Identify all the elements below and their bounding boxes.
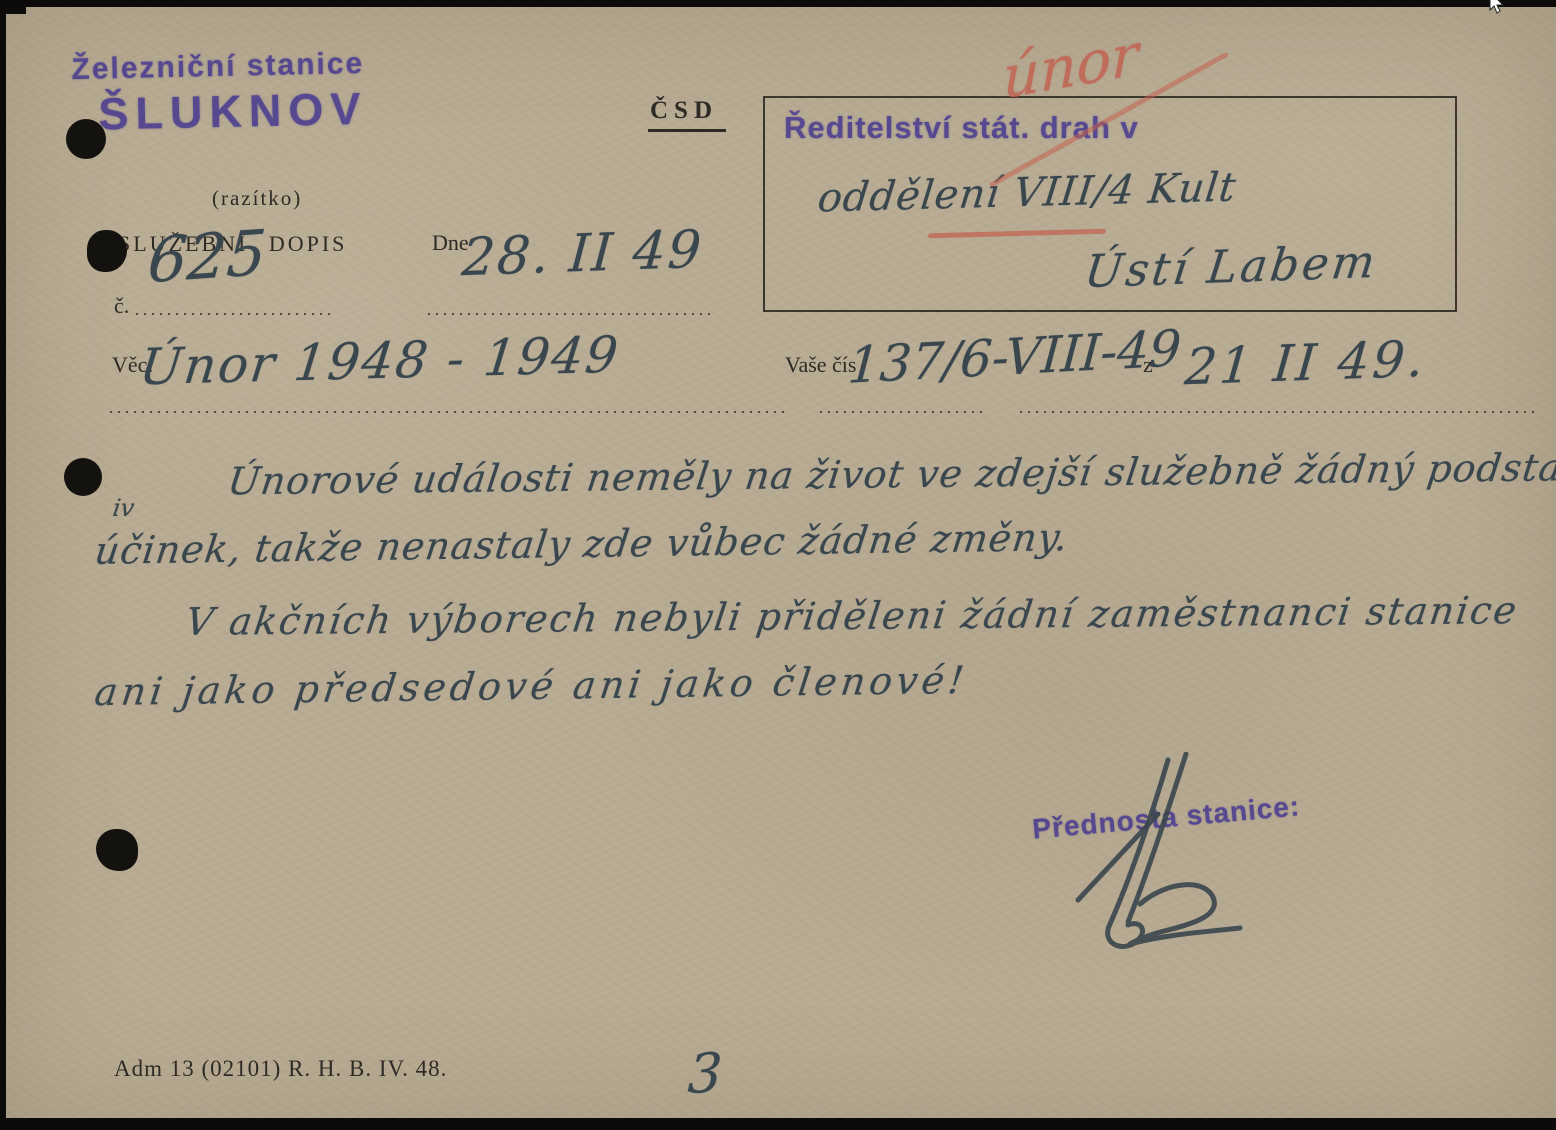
signature-scrawl-svg bbox=[1040, 752, 1300, 962]
scan-edge-bottom bbox=[0, 1118, 1556, 1130]
scan-edge-top bbox=[0, 0, 1556, 7]
body-line-2: účinek, takže nenastaly zde vůbec žádné … bbox=[92, 515, 1071, 573]
page-number-handwritten: 3 bbox=[686, 1041, 724, 1106]
station-stamp: Železniční stanice ŠLUKNOV bbox=[71, 47, 368, 141]
csd-label: ČSD bbox=[650, 97, 718, 125]
your-ref-handwritten: 137/6-VIII-49 bbox=[846, 319, 1183, 395]
ref-date-handwritten: 21 II 49. bbox=[1183, 330, 1429, 397]
city-handwritten: Ústí Labem bbox=[1082, 235, 1381, 298]
your-ref-label: Vaše čís bbox=[785, 352, 856, 378]
scan-edge-left bbox=[0, 0, 6, 1130]
station-stamp-line2: ŠLUKNOV bbox=[98, 83, 368, 141]
addressee-stamp: Ředitelství stát. drah v bbox=[784, 110, 1139, 146]
body-line-1: Únorové události neměly na život ve zdej… bbox=[225, 445, 1556, 504]
form-code-print: Adm 13 (02101) R. H. B. IV. 48. bbox=[114, 1056, 447, 1082]
letter-number-handwritten: 625 bbox=[146, 216, 269, 298]
punch-hole-4 bbox=[96, 829, 138, 871]
dotted-line-cislo bbox=[136, 313, 330, 315]
body-insertion-mark: iv bbox=[111, 494, 136, 522]
scanned-letter-page: Železniční stanice ŠLUKNOV (razítko) SLU… bbox=[0, 0, 1556, 1130]
punch-hole-2 bbox=[87, 230, 127, 272]
razitko-label: (razítko) bbox=[212, 186, 302, 211]
body-line-3: V akčních výborech nebyli přiděleni žádn… bbox=[183, 588, 1521, 644]
station-stamp-line1: Železniční stanice bbox=[71, 47, 367, 87]
dotted-line-date bbox=[428, 313, 712, 315]
z-label: z bbox=[1143, 352, 1153, 378]
dotted-line-subject bbox=[110, 411, 784, 413]
dotted-line-ref-a bbox=[820, 411, 988, 413]
subject-handwritten: Únor 1948 - 1949 bbox=[137, 326, 623, 397]
scan-edge-corner bbox=[0, 0, 26, 14]
dotted-line-ref-b bbox=[1020, 411, 1540, 413]
mouse-cursor bbox=[1488, 0, 1508, 16]
signature-scrawl bbox=[1040, 752, 1300, 962]
punch-hole-3 bbox=[64, 458, 102, 496]
punch-hole-1 bbox=[66, 119, 106, 159]
date-handwritten: 28. II 49 bbox=[460, 220, 705, 289]
cislo-label: č. bbox=[114, 293, 129, 319]
body-line-4: ani jako předsedové ani jako členové! bbox=[92, 658, 970, 714]
csd-underline bbox=[648, 129, 726, 132]
